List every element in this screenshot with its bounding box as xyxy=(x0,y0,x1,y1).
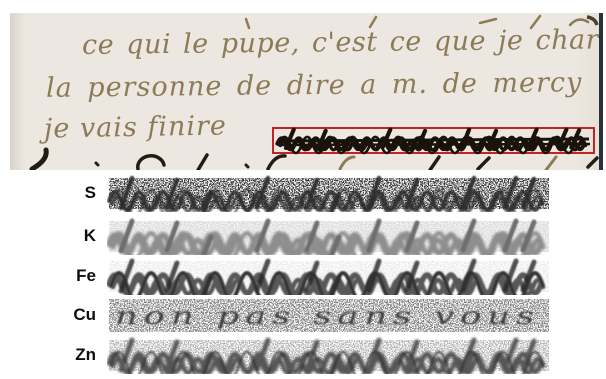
element-label-zn: Zn xyxy=(40,336,96,374)
manuscript-line-3: je vais finire xyxy=(44,110,227,144)
element-map-s xyxy=(107,174,552,212)
figure-root: ce qui le pupe, c'est ce que je charge l… xyxy=(0,0,606,379)
element-label-s: S xyxy=(40,174,96,212)
element-map-fe xyxy=(107,257,552,295)
manuscript-line-1: ce qui le pupe, c'est ce que je charge xyxy=(82,24,603,61)
element-map-cu: non pas sans vous xyxy=(107,296,552,334)
element-map-k xyxy=(107,217,552,255)
element-label-k: K xyxy=(40,217,96,255)
element-map-zn xyxy=(107,336,552,374)
partial-lower-line-strokes xyxy=(10,146,603,170)
map-row-zn: Zn xyxy=(0,336,606,374)
map-row-fe: Fe xyxy=(0,257,606,295)
manuscript-line-2: la personne de dire a m. de mercy xyxy=(46,67,583,104)
manuscript-photo: ce qui le pupe, c'est ce que je charge l… xyxy=(10,13,603,170)
element-label-fe: Fe xyxy=(40,257,96,295)
cu-revealed-text: non pas sans vous xyxy=(115,302,540,330)
map-row-cu: Cu non pas sans vous xyxy=(0,296,606,334)
map-row-s: S xyxy=(0,174,606,212)
element-label-cu: Cu xyxy=(40,296,96,334)
map-row-k: K xyxy=(0,217,606,255)
